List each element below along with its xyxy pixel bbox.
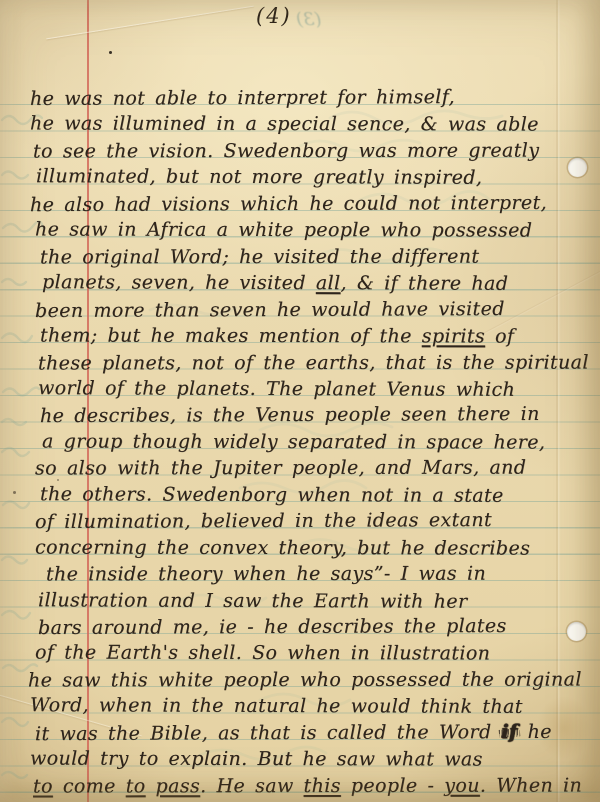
- page-number: (4): [256, 4, 292, 28]
- handwritten-text: , & if there had: [340, 272, 508, 295]
- ink-speck: [109, 51, 112, 54]
- underlined-word: this: [304, 775, 341, 797]
- handwritten-text: . He saw: [200, 775, 303, 797]
- underlined-word: pass: [156, 775, 201, 797]
- manuscript-line: these planets, not of the earths, that i…: [38, 349, 589, 376]
- manuscript-line: would try to explain. But he saw what wa…: [30, 746, 483, 773]
- manuscript-line: illustration and I saw the Earth with he…: [38, 587, 468, 614]
- manuscript-page: (4) (3) he was not able to interpret for…: [0, 0, 600, 802]
- handwritten-text: illuminated, but not more greatly inspir…: [36, 166, 482, 190]
- manuscript-line: Word, when in the natural he would think…: [30, 692, 523, 720]
- manuscript-line: to see the vision. Swedenborg was more g…: [33, 137, 539, 164]
- hole-punch-top: [568, 158, 587, 177]
- manuscript-line: it was the Bible, as that is called the …: [35, 719, 552, 747]
- underlined-word: to: [33, 775, 53, 797]
- handwritten-text: [146, 775, 156, 797]
- underlined-word: spirits: [422, 325, 485, 347]
- manuscript-line: of illumination, believed in the ideas e…: [35, 507, 492, 535]
- manuscript-line: the others. Swedenborg when not in a sta…: [40, 481, 504, 509]
- overwritten-word: if: [501, 721, 517, 743]
- handwritten-text: he saw this white people who possessed t…: [28, 668, 582, 691]
- handwritten-text: of the Earth's shell. So when in illustr…: [35, 642, 490, 665]
- handwritten-text: illustration and I saw the Earth with he…: [38, 589, 468, 612]
- hole-punch-bottom: [567, 622, 586, 641]
- manuscript-line: bars around me, ie - he describes the pl…: [38, 613, 507, 641]
- manuscript-line: the original Word; he visited the differ…: [40, 243, 479, 270]
- handwritten-text: the original Word; he visited the differ…: [40, 245, 479, 268]
- handwritten-text: it was the Bible, as that is called the …: [35, 721, 502, 745]
- manuscript-line: he was not able to interpret for himself…: [30, 84, 455, 112]
- manuscript-line: a group though widely separated in space…: [42, 428, 545, 455]
- handwritten-text: these planets, not of the earths, that i…: [38, 351, 589, 374]
- handwritten-text: of illumination, believed in the ideas e…: [35, 509, 492, 533]
- manuscript-line: planets, seven, he visited all, & if the…: [42, 269, 508, 297]
- handwritten-text: he was illumined in a special sence, & w…: [30, 113, 539, 136]
- handwritten-text: people -: [341, 774, 444, 796]
- handwritten-text: of: [485, 325, 514, 347]
- manuscript-line: he also had visions which he could not i…: [30, 190, 547, 218]
- handwritten-text: he: [518, 721, 552, 743]
- handwritten-text: he was not able to interpret for himself…: [30, 86, 455, 110]
- handwritten-text: the inside theory when he says”- I was i…: [46, 563, 486, 586]
- handwritten-text: so also with the Jupiter people, and Mar…: [35, 457, 526, 480]
- manuscript-line: concerning the convex theory, but he des…: [35, 534, 530, 561]
- handwritten-text: he saw in Africa a white people who poss…: [35, 219, 532, 242]
- manuscript-line: the inside theory when he says”- I was i…: [46, 561, 486, 588]
- paper-crease: [46, 6, 254, 40]
- ghost-page-number: (3): [296, 9, 322, 30]
- manuscript-line: them; but he makes mention of the spirit…: [40, 323, 514, 350]
- handwritten-text: he also had visions which he could not i…: [30, 192, 547, 216]
- manuscript-line: he was illumined in a special sence, & w…: [30, 111, 539, 138]
- handwritten-text: concerning the convex theory, but he des…: [35, 536, 530, 559]
- handwritten-text: come: [53, 775, 126, 797]
- handwritten-text: a group though widely separated in space…: [42, 430, 545, 453]
- handwritten-text: would try to explain. But he saw what wa…: [30, 748, 483, 771]
- manuscript-line: of the Earth's shell. So when in illustr…: [35, 640, 490, 667]
- manuscript-line: he saw this white people who possessed t…: [28, 666, 582, 693]
- ink-speck: [13, 491, 16, 494]
- manuscript-line: been more than seven he would have visit…: [35, 296, 505, 324]
- handwritten-text: them; but he makes mention of the: [40, 325, 422, 348]
- handwritten-text: Word, when in the natural he would think…: [30, 694, 523, 718]
- manuscript-line: to come to pass. He saw this people - yo…: [33, 772, 582, 799]
- handwritten-text: . When in: [480, 774, 582, 796]
- handwritten-text: the others. Swedenborg when not in a sta…: [40, 483, 504, 507]
- handwritten-text: planets, seven, he visited: [42, 271, 316, 294]
- handwritten-text: world of the planets. The planet Venus w…: [38, 377, 515, 401]
- handwritten-text: bars around me, ie - he describes the pl…: [38, 615, 507, 639]
- underlined-word: you: [444, 774, 480, 796]
- handwritten-text: he describes, is the Venus people seen t…: [40, 403, 540, 427]
- underlined-word: all: [316, 272, 341, 294]
- handwritten-text: been more than seven he would have visit…: [35, 298, 505, 322]
- manuscript-line: he saw in Africa a white people who poss…: [35, 217, 532, 244]
- manuscript-line: so also with the Jupiter people, and Mar…: [35, 455, 526, 482]
- manuscript-line: he describes, is the Venus people seen t…: [40, 401, 540, 429]
- underlined-word: to: [126, 775, 146, 797]
- manuscript-line: world of the planets. The planet Venus w…: [38, 375, 515, 403]
- handwritten-text: to see the vision. Swedenborg was more g…: [33, 139, 539, 162]
- manuscript-line: illuminated, but not more greatly inspir…: [36, 164, 482, 192]
